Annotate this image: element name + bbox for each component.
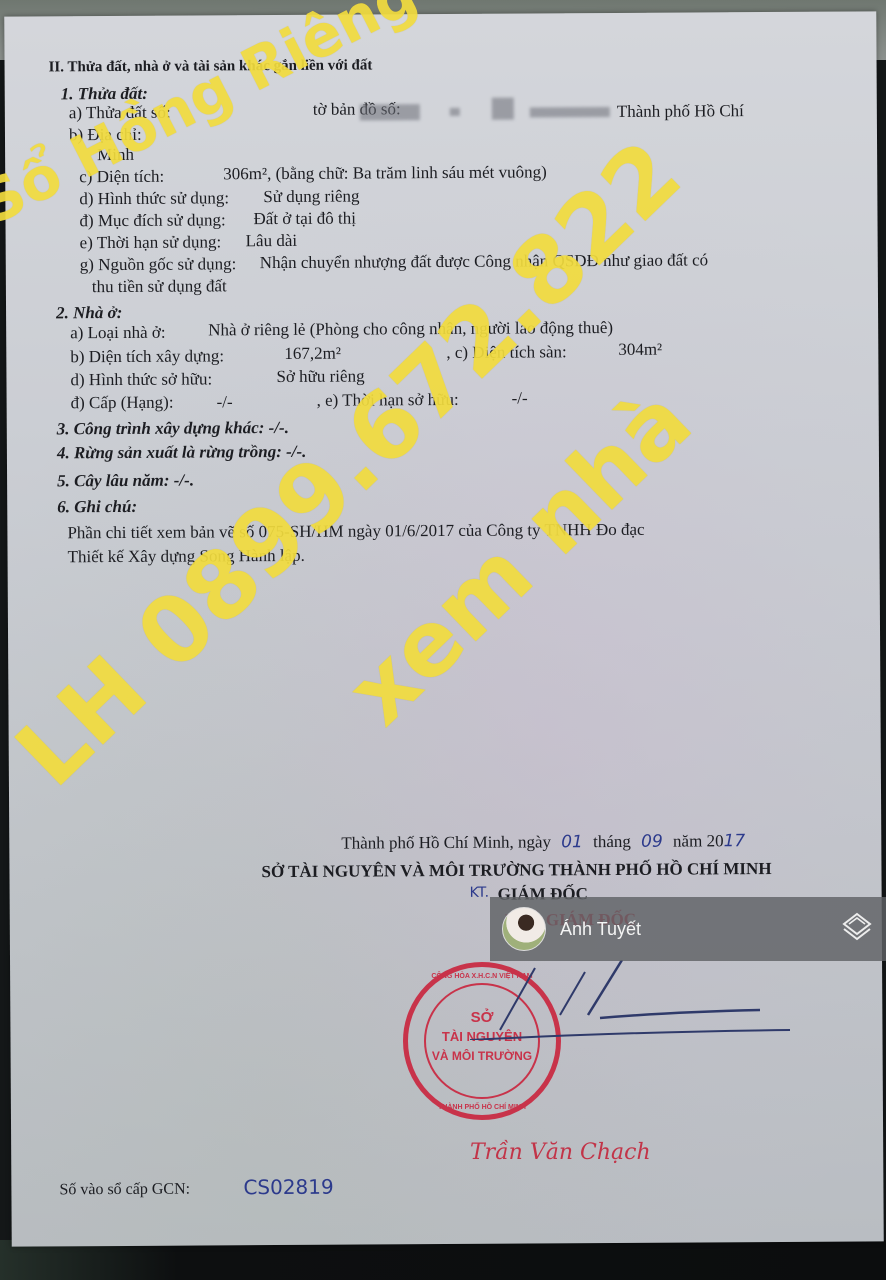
land-use-form-value: Sử dụng riêng (263, 188, 359, 206)
redacted-sheet-number (360, 104, 420, 120)
date-year-suffix: 17 (723, 831, 745, 851)
house-floor-area-value: 304m² (618, 341, 662, 358)
kt-mark: KT. (470, 886, 490, 900)
house-term-value: -/- (512, 389, 528, 406)
month-label: tháng (593, 832, 631, 851)
house-type-label: a) Loại nhà ở: (70, 324, 165, 342)
issuing-agency: SỞ TÀI NGUYÊN VÀ MÔI TRƯỜNG THÀNH PHỐ HỒ… (261, 860, 771, 880)
land-origin-label: g) Nguồn gốc sử dụng: (80, 255, 237, 273)
user-avatar-icon[interactable] (502, 907, 546, 951)
land-term-label: e) Thời hạn sử dụng: (80, 233, 222, 251)
date-month: 09 (641, 832, 663, 852)
seal-outer-bottom: THÀNH PHỐ HỒ CHÍ MINH (408, 1104, 556, 1111)
registry-label: Số vào sổ cấp GCN: (59, 1182, 190, 1199)
layers-icon[interactable] (840, 911, 874, 945)
place-date-prefix: Thành phố Hồ Chí Minh, ngày (341, 832, 551, 852)
redacted-mark (492, 98, 514, 120)
house-heading: 2. Nhà ở: (56, 304, 122, 321)
land-area-value: 306m², (bằng chữ: Ba trăm linh sáu mét v… (223, 163, 547, 182)
land-purpose-value: Đất ở tại đô thị (253, 210, 356, 228)
house-grade-label: đ) Cấp (Hạng): (71, 394, 174, 412)
land-address-tail: Thành phố Hồ Chí (617, 102, 744, 120)
date-day: 01 (561, 832, 583, 852)
house-ownership-value: Sở hữu riêng (276, 367, 364, 385)
house-built-area-value: 167,2m² (284, 345, 341, 362)
land-origin-cont: thu tiền sử dụng đất (92, 277, 227, 295)
other-construction: 3. Công trình xây dựng khác: -/-. (57, 419, 289, 437)
house-ownership-label: d) Hình thức sở hữu: (70, 370, 212, 388)
background-bottom (0, 1240, 886, 1280)
registry-number: CS02819 (243, 1177, 333, 1198)
house-grade-value: -/- (217, 393, 233, 410)
notes-heading: 6. Ghi chú: (57, 498, 137, 515)
land-purpose-label: đ) Mục đích sử dụng: (79, 211, 225, 229)
land-use-form-label: d) Hình thức sử dụng: (79, 189, 229, 207)
signature (470, 960, 790, 1040)
redacted-mark (450, 108, 460, 116)
signer-name: Trần Văn Chạch (470, 1140, 651, 1165)
production-forest: 4. Rừng sản xuất là rừng trồng: -/-. (57, 443, 307, 462)
perennial-trees: 5. Cây lâu năm: -/-. (57, 472, 194, 490)
redacted-address (530, 107, 610, 117)
house-built-area-label: b) Diện tích xây dựng: (70, 347, 224, 365)
land-term-value: Lâu dài (246, 232, 298, 249)
year-label: năm 20 (673, 831, 724, 850)
poster-name[interactable]: Ánh Tuyết (560, 919, 641, 940)
place-date: Thành phố Hồ Chí Minh, ngày 01 tháng 09 … (341, 832, 745, 852)
seal-center-3: VÀ MÔI TRƯỜNG (408, 1049, 556, 1063)
poster-overlay[interactable]: Ánh Tuyết (490, 897, 886, 961)
